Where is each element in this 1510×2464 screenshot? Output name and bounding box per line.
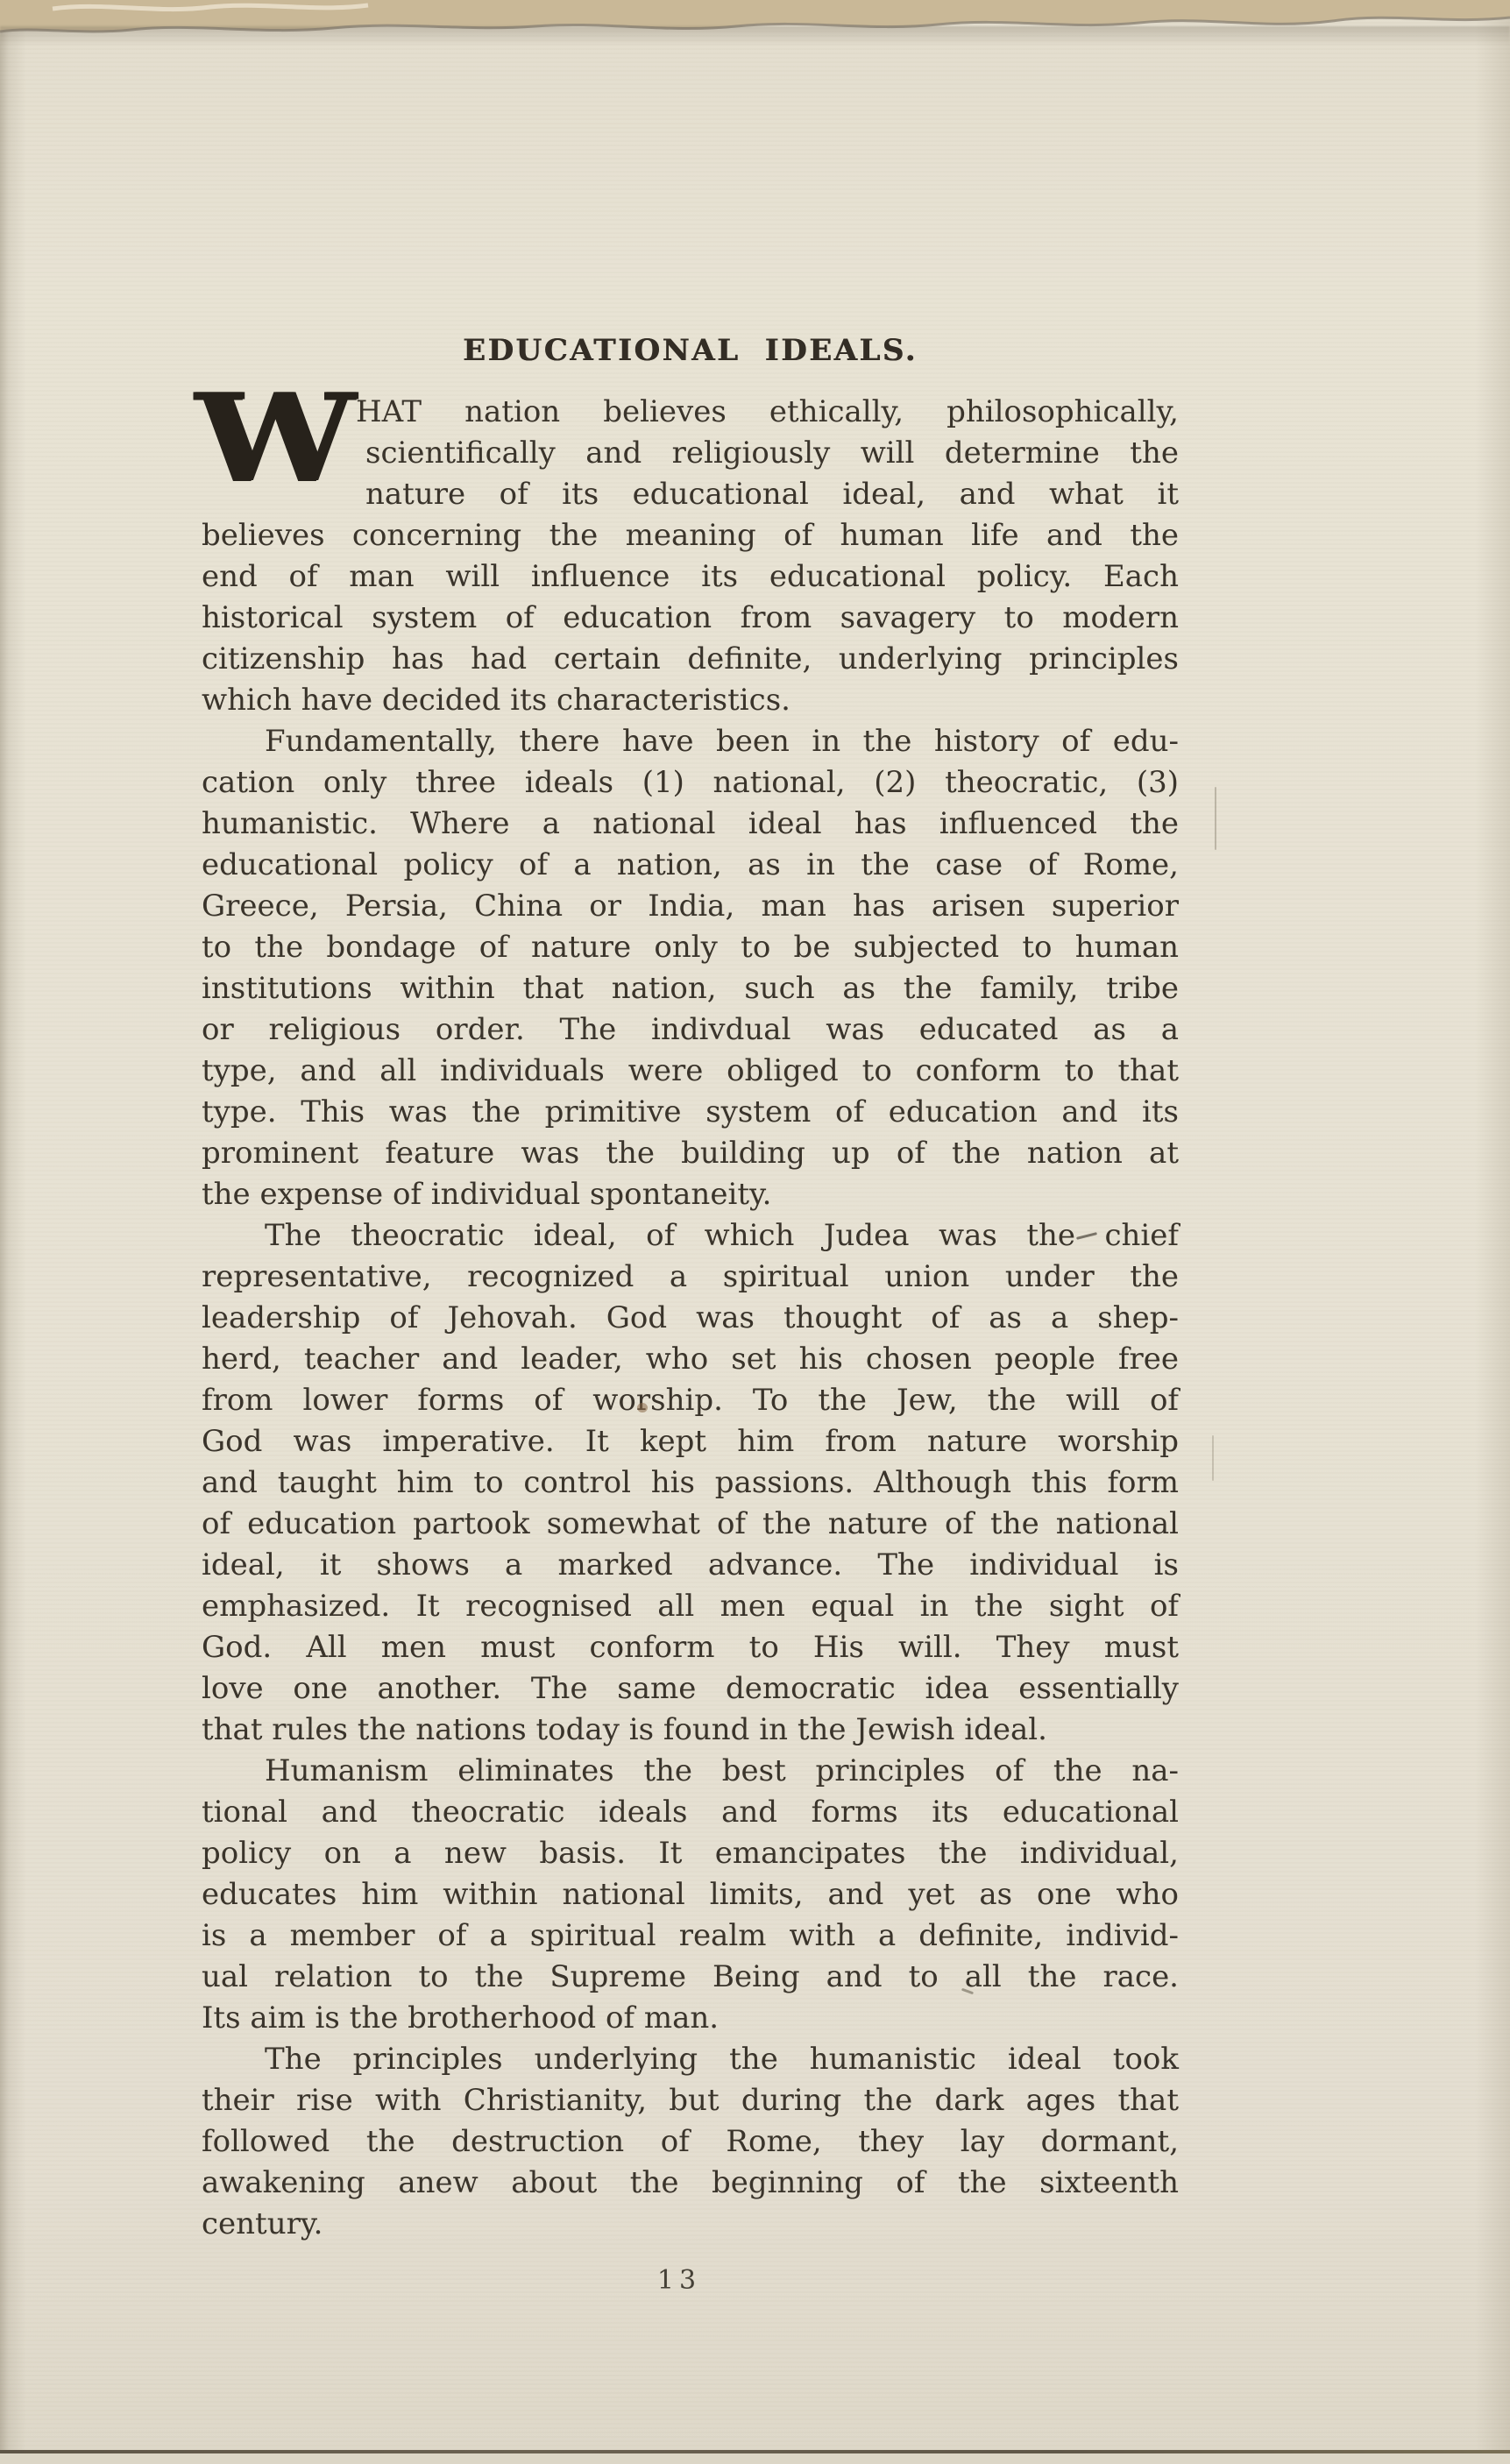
text-line: awakening anew about the beginning of th… — [202, 2163, 1179, 2204]
text-line: Humanism eliminates the best principles … — [265, 1751, 1179, 1792]
text-line: century. — [202, 2204, 1179, 2245]
text-line: from lower forms of worship. To the Jew,… — [202, 1380, 1179, 1421]
text-line: Its aim is the brotherhood of man. — [202, 1998, 1179, 2039]
text-line: Fundamentally, there have been in the hi… — [265, 721, 1179, 762]
text-line: The theocratic ideal, of which Judea was… — [265, 1215, 1179, 1257]
text-line: that rules the nations today is found in… — [202, 1710, 1179, 1751]
text-line: cation only three ideals (1) national, (… — [202, 762, 1179, 804]
text-line: herd, teacher and leader, who set his ch… — [202, 1339, 1179, 1380]
text-line: is a member of a spiritual realm with a … — [202, 1915, 1179, 1957]
text-line: historical system of education from sava… — [202, 598, 1179, 639]
scan-artifact-spot — [637, 1403, 648, 1413]
text-line: and taught him to control his passions. … — [202, 1462, 1179, 1504]
page-number: 13 — [202, 2265, 1157, 2296]
text-line: or religious order. The indivdual was ed… — [202, 1009, 1179, 1051]
text-line: Greece, Persia, China or India, man has … — [202, 886, 1179, 927]
text-line: scientifically and religiously will dete… — [365, 433, 1179, 474]
text-line: followed the destruction of Rome, they l… — [202, 2121, 1179, 2163]
text-line: to the bondage of nature only to be subj… — [202, 927, 1179, 968]
text-line: believes concerning the meaning of human… — [202, 515, 1179, 556]
text-line: educates him within national limits, and… — [202, 1874, 1179, 1915]
text-line: HAT nation believes ethically, philosoph… — [356, 392, 1179, 433]
drop-cap-letter: W — [195, 378, 355, 499]
paragraph: Fundamentally, there have been in the hi… — [202, 721, 1179, 1215]
text-line: of education partook somewhat of the nat… — [202, 1504, 1179, 1545]
paragraph: The principles underlying the humanistic… — [202, 2039, 1179, 2245]
text-line: ual relation to the Supreme Being and to… — [202, 1957, 1179, 1998]
text-line: The principles underlying the humanistic… — [265, 2039, 1179, 2080]
text-line: which have decided its characteristics. — [202, 680, 1179, 721]
paper-crease — [1215, 787, 1216, 850]
text-line: type. This was the primitive system of e… — [202, 1092, 1179, 1133]
text-line: type, and all individuals were obliged t… — [202, 1051, 1179, 1092]
text-line: representative, recognized a spiritual u… — [202, 1257, 1179, 1298]
text-line: God. All men must conform to His will. T… — [202, 1627, 1179, 1668]
text-line: tional and theocratic ideals and forms i… — [202, 1792, 1179, 1833]
text-line: educational policy of a nation, as in th… — [202, 845, 1179, 886]
page-bottom-strip — [0, 2453, 1510, 2464]
text-line: ideal, it shows a marked advance. The in… — [202, 1545, 1179, 1586]
text-line: end of man will influence its educationa… — [202, 556, 1179, 598]
text-line: policy on a new basis. It emancipates th… — [202, 1833, 1179, 1874]
text-line: institutions within that nation, such as… — [202, 968, 1179, 1009]
text-line: God was imperative. It kept him from nat… — [202, 1421, 1179, 1462]
scanned-book-page: EDUCATIONAL IDEALS. W HAT nation believe… — [0, 0, 1510, 2464]
text-line: humanistic. Where a national ideal has i… — [202, 804, 1179, 845]
text-line: their rise with Christianity, but during… — [202, 2080, 1179, 2121]
paragraph: Humanism eliminates the best principles … — [202, 1751, 1179, 2039]
text-line: prominent feature was the building up of… — [202, 1133, 1179, 1174]
text-line: leadership of Jehovah. God was thought o… — [202, 1298, 1179, 1339]
page-title: EDUCATIONAL IDEALS. — [202, 333, 1179, 368]
text-line: nature of its educational ideal, and wha… — [365, 474, 1179, 515]
scan-shadow-top — [0, 26, 1510, 46]
text-line: the expense of individual spontaneity. — [202, 1174, 1179, 1215]
paper-crease — [1212, 1435, 1214, 1481]
text-block: W HAT nation believes ethically, philoso… — [202, 392, 1179, 2245]
paragraph: The theocratic ideal, of which Judea was… — [202, 1215, 1179, 1751]
text-line: love one another. The same democratic id… — [202, 1668, 1179, 1710]
text-line: emphasized. It recognised all men equal … — [202, 1586, 1179, 1627]
text-line: citizenship has had certain definite, un… — [202, 639, 1179, 680]
